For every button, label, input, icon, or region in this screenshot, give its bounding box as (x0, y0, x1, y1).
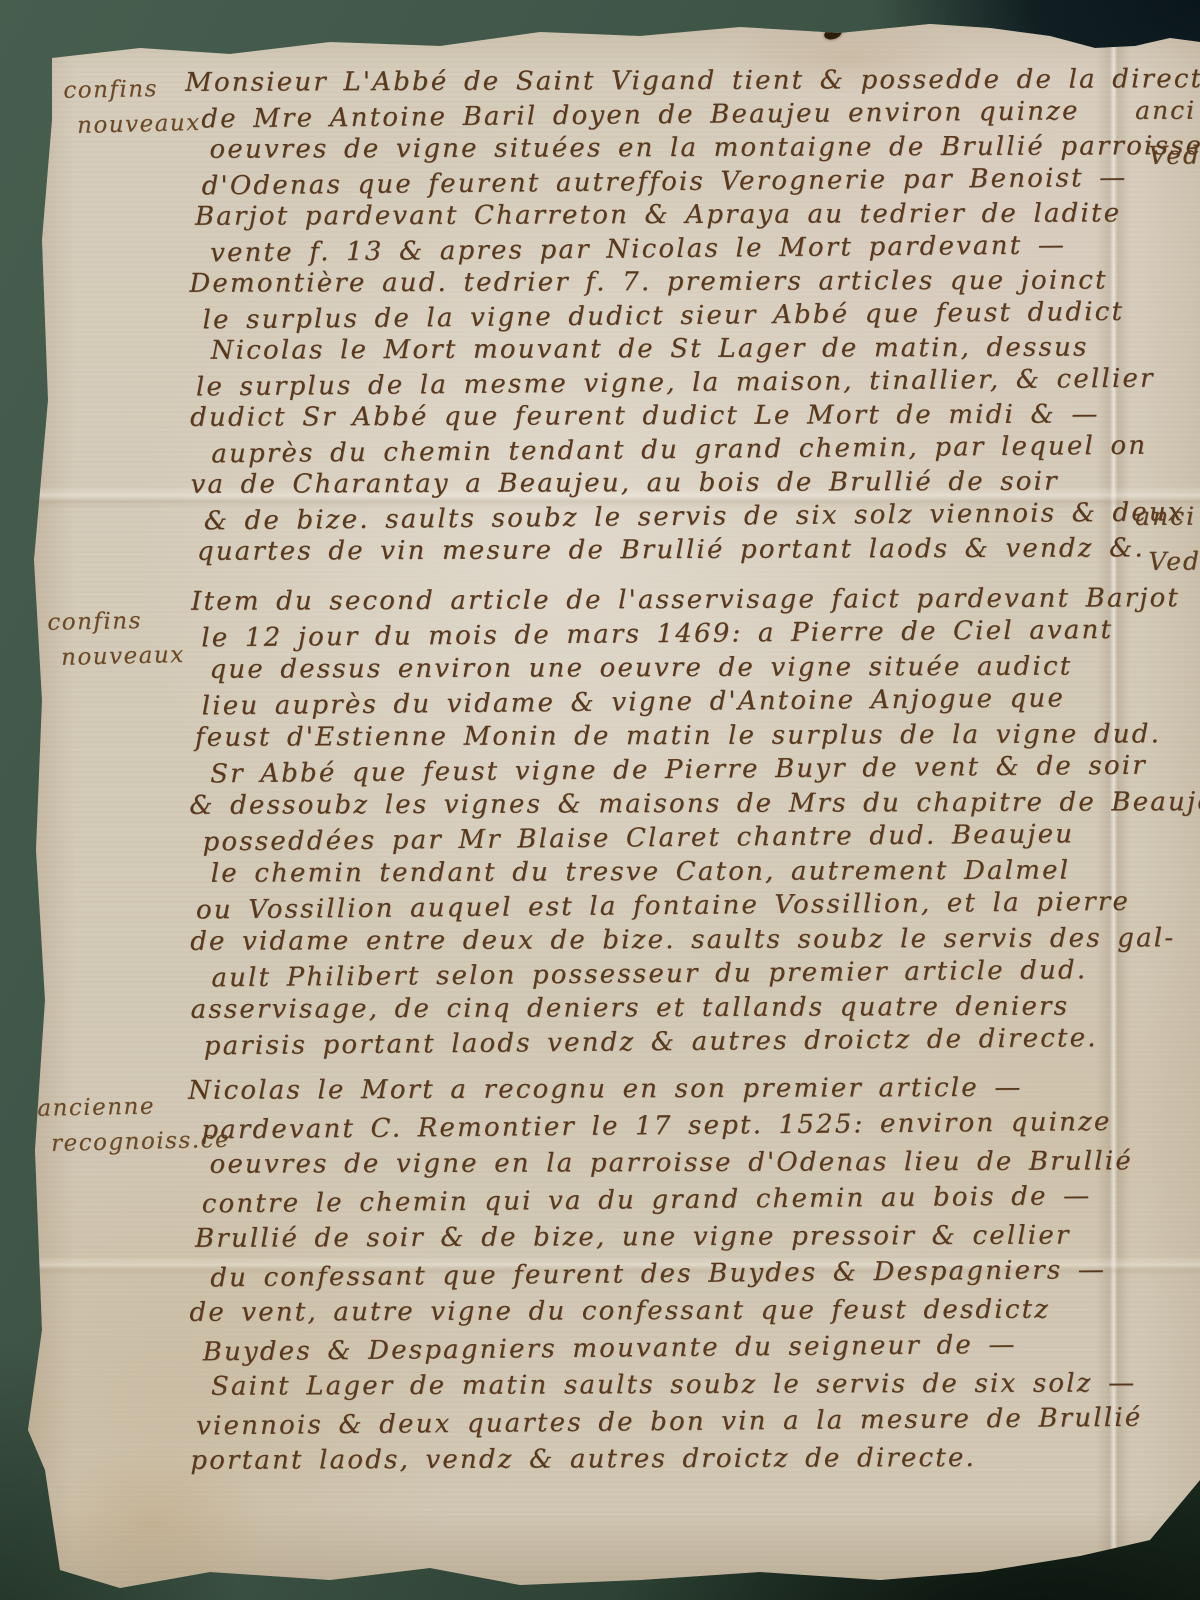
manuscript-line: oeuvres de vigne en la parroisse d'Odena… (209, 1143, 1145, 1183)
manuscript-page: confins nouveaux confins nouveaux ancien… (28, 16, 1200, 1588)
margin-note-line: nouveaux (61, 638, 185, 676)
manuscript-line: parisis portant laods vendz & autres dro… (204, 1021, 1148, 1064)
manuscript-line: portant laods, vendz & autres droictz de… (190, 1439, 1147, 1480)
manuscript-line: quartes de vin mesure de Brullié portant… (197, 532, 1148, 569)
margin-note-confins-2: confins nouveaux (44, 603, 185, 676)
manuscript-line: du confessant que feurent des Buydes & D… (210, 1252, 1146, 1298)
manuscript-line: contre le chemin qui va du grand chemin … (202, 1178, 1146, 1224)
paragraph-second-article-1469: Item du second article de l'asservisage … (185, 580, 1148, 1062)
photo-background: confins nouveaux confins nouveaux ancien… (0, 0, 1200, 1600)
manuscript-line: Ved (1148, 538, 1200, 583)
manuscript-line: va de Charantay a Beaujeu, au bois de Br… (190, 465, 1147, 502)
paragraph-abbe-saint-vigand: Monsieur L'Abbé de Saint Vigand tient & … (185, 62, 1148, 570)
manuscript-line: Ved (1148, 132, 1200, 177)
manuscript-line: de vent, autre vigne du confessant que f… (189, 1291, 1146, 1332)
manuscript-line: Brullié de soir & de bize, une vigne pre… (195, 1217, 1146, 1257)
manuscript-line: viennois & deux quartes de bon vin a la … (196, 1400, 1147, 1446)
fold-edge-text-fragment: anci Ved (1132, 88, 1200, 178)
manuscript-line: Buydes & Despagniers mouvante du seigneu… (203, 1326, 1147, 1372)
paragraph-nicolas-le-mort-1525: Nicolas le Mort a recognu en son premier… (185, 1068, 1147, 1481)
fold-edge-text-fragment: anci Ved (1132, 494, 1200, 584)
margin-note-confins-1: confins nouveaux (60, 71, 201, 144)
manuscript-line: Saint Lager de matin saults soubz le ser… (211, 1365, 1147, 1405)
manuscript-line: Monsieur L'Abbé de Saint Vigand tient & … (185, 63, 1145, 100)
manuscript-line: oeuvres de vigne situées en la montaigne… (209, 130, 1145, 167)
manuscript-line: Nicolas le Mort a recognu en son premier… (188, 1069, 1145, 1110)
ink-blot (823, 25, 844, 41)
margin-note-line: confins (63, 71, 200, 109)
margin-note-line: nouveaux (77, 106, 201, 144)
manuscript-line: anci (1135, 494, 1200, 539)
manuscript-line: Barjot pardevant Charreton & Apraya au t… (195, 197, 1146, 234)
manuscript-line: anci (1135, 88, 1200, 133)
ink-blot (1175, 1521, 1191, 1534)
manuscript-line: pardevant C. Remontier le 17 sept. 1525:… (201, 1104, 1145, 1150)
manuscript-line: Nicolas le Mort mouvant de St Lager de m… (211, 331, 1147, 368)
manuscript-line: Demontière aud. tedrier f. 7. premiers a… (189, 264, 1146, 301)
manuscript-line: dudict Sr Abbé que feurent dudict Le Mor… (190, 398, 1147, 435)
margin-note-line: confins (47, 603, 184, 641)
